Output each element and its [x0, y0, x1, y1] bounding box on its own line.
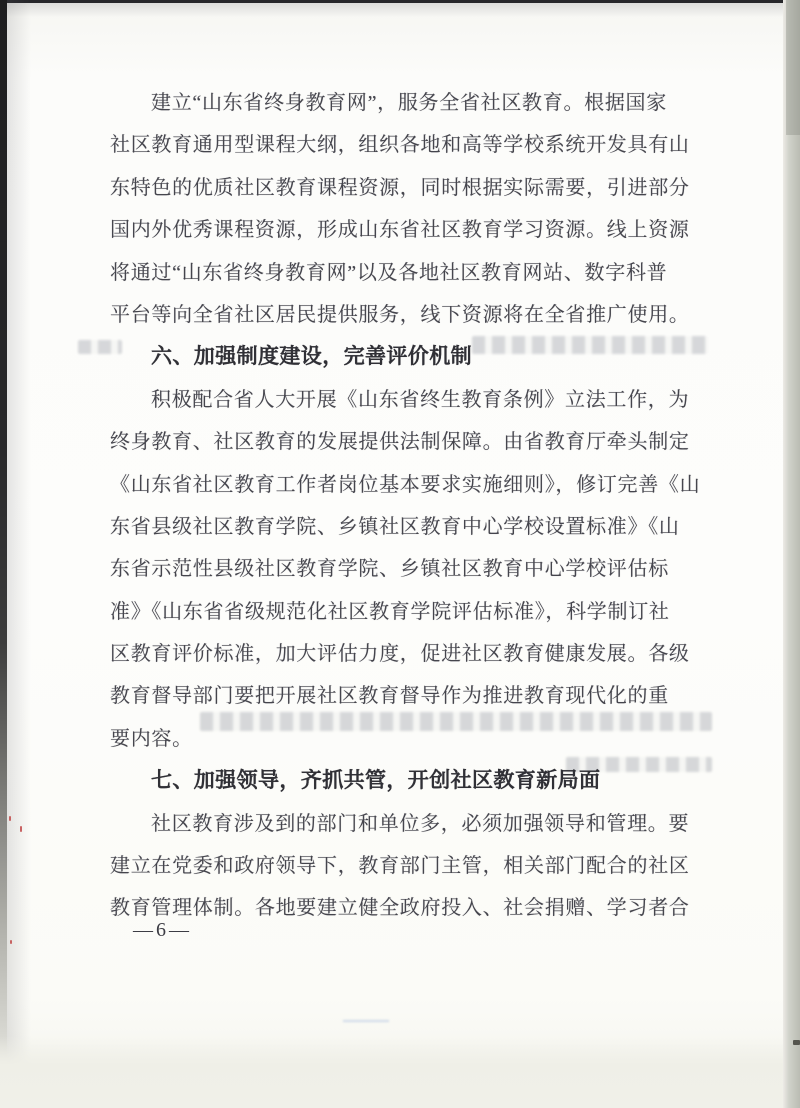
text-line: 终身教育、社区教育的发展提供法制保障。由省教育厅牵头制定 [110, 421, 710, 463]
text-line: 教育管理体制。各地要建立健全政府投入、社会捐赠、学习者合 [110, 887, 710, 929]
text-line: 东省示范性县级社区教育学院、乡镇社区教育中心学校评估标 [110, 548, 710, 590]
text-line: 准》《山东省省级规范化社区教育学院评估标准》，科学制订社 [110, 591, 710, 633]
text-line: 建立在党委和政府领导下，教育部门主管，相关部门配合的社区 [110, 845, 710, 887]
section-heading: 七、加强领导，齐抓共管，开创社区教育新局面 [110, 760, 710, 802]
text-line: 要内容。 [110, 718, 710, 760]
scan-edge-left [0, 0, 7, 1108]
text-line: 建立“山东省终身教育网”，服务全省社区教育。根据国家 [110, 82, 710, 124]
scan-speck [793, 1040, 800, 1045]
text-line: 国内外优秀课程资源，形成山东省社区教育学习资源。线上资源 [110, 209, 710, 251]
text-line: 《山东省社区教育工作者岗位基本要求实施细则》，修订完善《山 [110, 464, 710, 506]
text-line: 社区教育通用型课程大纲，组织各地和高等学校系统开发具有山 [110, 124, 710, 166]
text-line: 平台等向全省社区居民提供服务，线下资源将在全省推广使用。 [110, 294, 710, 336]
scanned-document-page: 建立“山东省终身教育网”，服务全省社区教育。根据国家社区教育通用型课程大纲，组织… [0, 0, 800, 1108]
page-number: —6— [133, 919, 192, 942]
red-ink-speck [20, 826, 22, 832]
red-ink-speck [10, 940, 12, 944]
red-ink-speck [9, 816, 11, 821]
text-line: 社区教育涉及到的部门和单位多，必须加强领导和管理。要 [110, 803, 710, 845]
text-line: 东特色的优质社区教育课程资源，同时根据实际需要，引进部分 [110, 167, 710, 209]
text-line: 积极配合省人大开展《山东省终生教育条例》立法工作，为 [110, 379, 710, 421]
scan-edge-right-top [786, 0, 800, 135]
text-line: 将通过“山东省终身教育网”以及各地社区教育网站、数字科普 [110, 252, 710, 294]
scan-edge-top-shade [0, 3, 800, 17]
scan-edge-right [783, 0, 800, 1108]
text-line: 东省县级社区教育学院、乡镇社区教育中心学校设置标准》《山 [110, 506, 710, 548]
section-heading: 六、加强制度建设，完善评价机制 [110, 336, 710, 378]
scan-smudge [343, 1020, 389, 1022]
document-lines: 建立“山东省终身教育网”，服务全省社区教育。根据国家社区教育通用型课程大纲，组织… [110, 82, 710, 930]
text-line: 教育督导部门要把开展社区教育督导作为推进教育现代化的重 [110, 675, 710, 717]
text-line: 区教育评价标准，加大评估力度，促进社区教育健康发展。各级 [110, 633, 710, 675]
scan-bottom-band [0, 1036, 783, 1108]
